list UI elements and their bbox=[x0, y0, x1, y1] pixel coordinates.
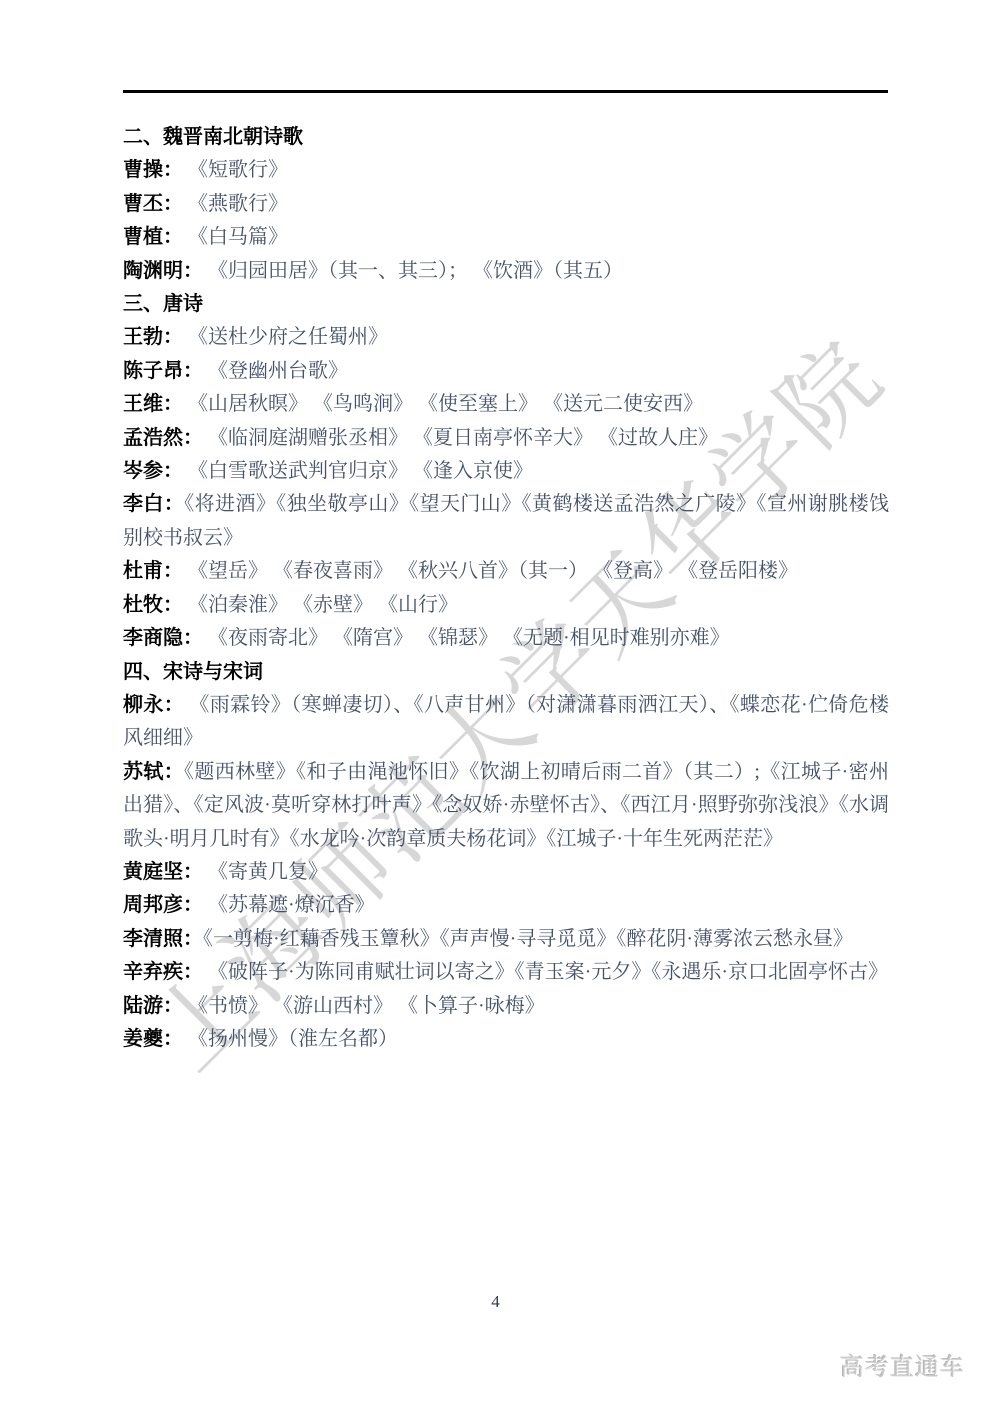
poet-entry: 陈子昂： 《登幽州台歌》 bbox=[123, 355, 889, 388]
poet-entry: 杜牧： 《泊秦淮》 《赤壁》 《山行》 bbox=[123, 589, 889, 622]
poet-entry: 曹植： 《白马篇》 bbox=[123, 221, 889, 254]
poet-name: 辛弃疾： bbox=[123, 961, 203, 983]
poet-entry: 李清照：《一剪梅·红藕香残玉簟秋》《声声慢·寻寻觅觅》《醉花阴·薄雾浓云愁永昼》 bbox=[123, 923, 889, 956]
poet-works: 《书愤》 《游山西村》 《卜算子·咏梅》 bbox=[183, 995, 545, 1017]
poet-name: 苏轼： bbox=[123, 761, 184, 783]
poet-entry: 周邦彦： 《苏幕遮·燎沉香》 bbox=[123, 889, 889, 922]
poet-works: 《归园田居》（其一、其三）； 《饮酒》（其五） bbox=[203, 260, 623, 282]
poet-name: 孟浩然： bbox=[123, 427, 203, 449]
document-page: 上海师范大学天华学院 二、魏晋南北朝诗歌 曹操： 《短歌行》 曹丕： 《燕歌行》… bbox=[0, 0, 991, 1403]
poet-works: 《雨霖铃》（寒蝉凄切）、《八声甘州》（对潇潇暮雨洒江天）、《蝶恋花·伫倚危楼风细… bbox=[123, 694, 889, 749]
poet-name: 李清照： bbox=[123, 928, 203, 950]
poet-works: 《临洞庭湖赠张丞相》 《夏日南亭怀辛大》 《过故人庄》 bbox=[203, 427, 718, 449]
section-heading-songshi-songci: 四、宋诗与宋词 bbox=[123, 656, 889, 689]
poet-entry: 李白：《将进酒》《独坐敬亭山》《望天门山》《黄鹤楼送孟浩然之广陵》《宣州谢朓楼饯… bbox=[123, 488, 889, 555]
header-rule bbox=[123, 90, 888, 93]
poet-works: 《泊秦淮》 《赤壁》 《山行》 bbox=[183, 594, 458, 616]
poet-name: 杜甫： bbox=[123, 560, 183, 582]
poet-name: 柳永： bbox=[123, 694, 184, 716]
poet-entry: 陶渊明： 《归园田居》（其一、其三）； 《饮酒》（其五） bbox=[123, 255, 889, 288]
poet-entry: 苏轼：《题西林壁》《和子由渑池怀旧》《饮湖上初晴后雨二首》（其二）;《江城子·密… bbox=[123, 756, 889, 856]
poet-entry: 曹丕： 《燕歌行》 bbox=[123, 188, 889, 221]
poet-name: 陆游： bbox=[123, 995, 183, 1017]
poet-works: 《短歌行》 bbox=[183, 159, 288, 181]
poet-works: 《破阵子·为陈同甫赋壮词以寄之》《青玉案·元夕》《永遇乐·京口北固亭怀古》 bbox=[203, 961, 888, 983]
poet-works: 《登幽州台歌》 bbox=[203, 360, 348, 382]
poet-works: 《白马篇》 bbox=[183, 226, 288, 248]
poet-entry: 王勃： 《送杜少府之任蜀州》 bbox=[123, 321, 889, 354]
page-number: 4 bbox=[0, 1292, 991, 1312]
poet-entry: 陆游： 《书愤》 《游山西村》 《卜算子·咏梅》 bbox=[123, 990, 889, 1023]
poet-name: 周邦彦： bbox=[123, 894, 203, 916]
poet-works: 《一剪梅·红藕香残玉簟秋》《声声慢·寻寻觅觅》《醉花阴·薄雾浓云愁永昼》 bbox=[203, 928, 853, 950]
poet-works: 《扬州慢》（淮左名都） bbox=[183, 1028, 398, 1050]
poet-name: 杜牧： bbox=[123, 594, 183, 616]
poet-works: 《寄黄几复》 bbox=[203, 861, 328, 883]
poet-entry: 曹操： 《短歌行》 bbox=[123, 154, 889, 187]
poet-entry: 孟浩然： 《临洞庭湖赠张丞相》 《夏日南亭怀辛大》 《过故人庄》 bbox=[123, 422, 889, 455]
poet-name: 岑参： bbox=[123, 460, 183, 482]
brand-logo: 高考直通车 bbox=[840, 1347, 965, 1382]
poet-entry: 王维： 《山居秋暝》 《鸟鸣涧》 《使至塞上》 《送元二使安西》 bbox=[123, 388, 889, 421]
poet-name: 王勃： bbox=[123, 326, 183, 348]
poet-name: 李白： bbox=[123, 493, 184, 515]
poet-works: 《送杜少府之任蜀州》 bbox=[183, 326, 388, 348]
poet-name: 黄庭坚： bbox=[123, 861, 203, 883]
poet-works: 《望岳》 《春夜喜雨》 《秋兴八首》（其一） 《登高》 《登岳阳楼》 bbox=[183, 560, 798, 582]
poet-entry: 辛弃疾： 《破阵子·为陈同甫赋壮词以寄之》《青玉案·元夕》《永遇乐·京口北固亭怀… bbox=[123, 956, 889, 989]
poet-name: 陶渊明： bbox=[123, 260, 203, 282]
poet-entry: 姜夔： 《扬州慢》（淮左名都） bbox=[123, 1023, 889, 1056]
poet-works: 《夜雨寄北》 《隋宫》 《锦瑟》 《无题·相见时难别亦难》 bbox=[203, 627, 730, 649]
poem-list: 二、魏晋南北朝诗歌 曹操： 《短歌行》 曹丕： 《燕歌行》 曹植： 《白马篇》 … bbox=[123, 121, 889, 1056]
poet-works: 《苏幕遮·燎沉香》 bbox=[203, 894, 375, 916]
poet-works: 《将进酒》《独坐敬亭山》《望天门山》《黄鹤楼送孟浩然之广陵》《宣州谢朓楼饯别校书… bbox=[123, 493, 889, 548]
poet-entry: 李商隐： 《夜雨寄北》 《隋宫》 《锦瑟》 《无题·相见时难别亦难》 bbox=[123, 622, 889, 655]
poet-name: 李商隐： bbox=[123, 627, 203, 649]
poet-name: 曹植： bbox=[123, 226, 183, 248]
poet-entry: 柳永： 《雨霖铃》（寒蝉凄切）、《八声甘州》（对潇潇暮雨洒江天）、《蝶恋花·伫倚… bbox=[123, 689, 889, 756]
poet-works: 《题西林壁》《和子由渑池怀旧》《饮湖上初晴后雨二首》（其二）;《江城子·密州出猎… bbox=[123, 761, 889, 850]
poet-name: 陈子昂： bbox=[123, 360, 203, 382]
poet-entry: 黄庭坚： 《寄黄几复》 bbox=[123, 856, 889, 889]
section-heading-weijin: 二、魏晋南北朝诗歌 bbox=[123, 121, 889, 154]
poet-name: 曹操： bbox=[123, 159, 183, 181]
poet-entry: 岑参： 《白雪歌送武判官归京》 《逢入京使》 bbox=[123, 455, 889, 488]
poet-entry: 杜甫： 《望岳》 《春夜喜雨》 《秋兴八首》（其一） 《登高》 《登岳阳楼》 bbox=[123, 555, 889, 588]
poet-works: 《燕歌行》 bbox=[183, 193, 288, 215]
poet-name: 王维： bbox=[123, 393, 183, 415]
poet-works: 《白雪歌送武判官归京》 《逢入京使》 bbox=[183, 460, 533, 482]
poet-name: 曹丕： bbox=[123, 193, 183, 215]
poet-name: 姜夔： bbox=[123, 1028, 183, 1050]
section-heading-tangshi: 三、唐诗 bbox=[123, 288, 889, 321]
poet-works: 《山居秋暝》 《鸟鸣涧》 《使至塞上》 《送元二使安西》 bbox=[183, 393, 703, 415]
